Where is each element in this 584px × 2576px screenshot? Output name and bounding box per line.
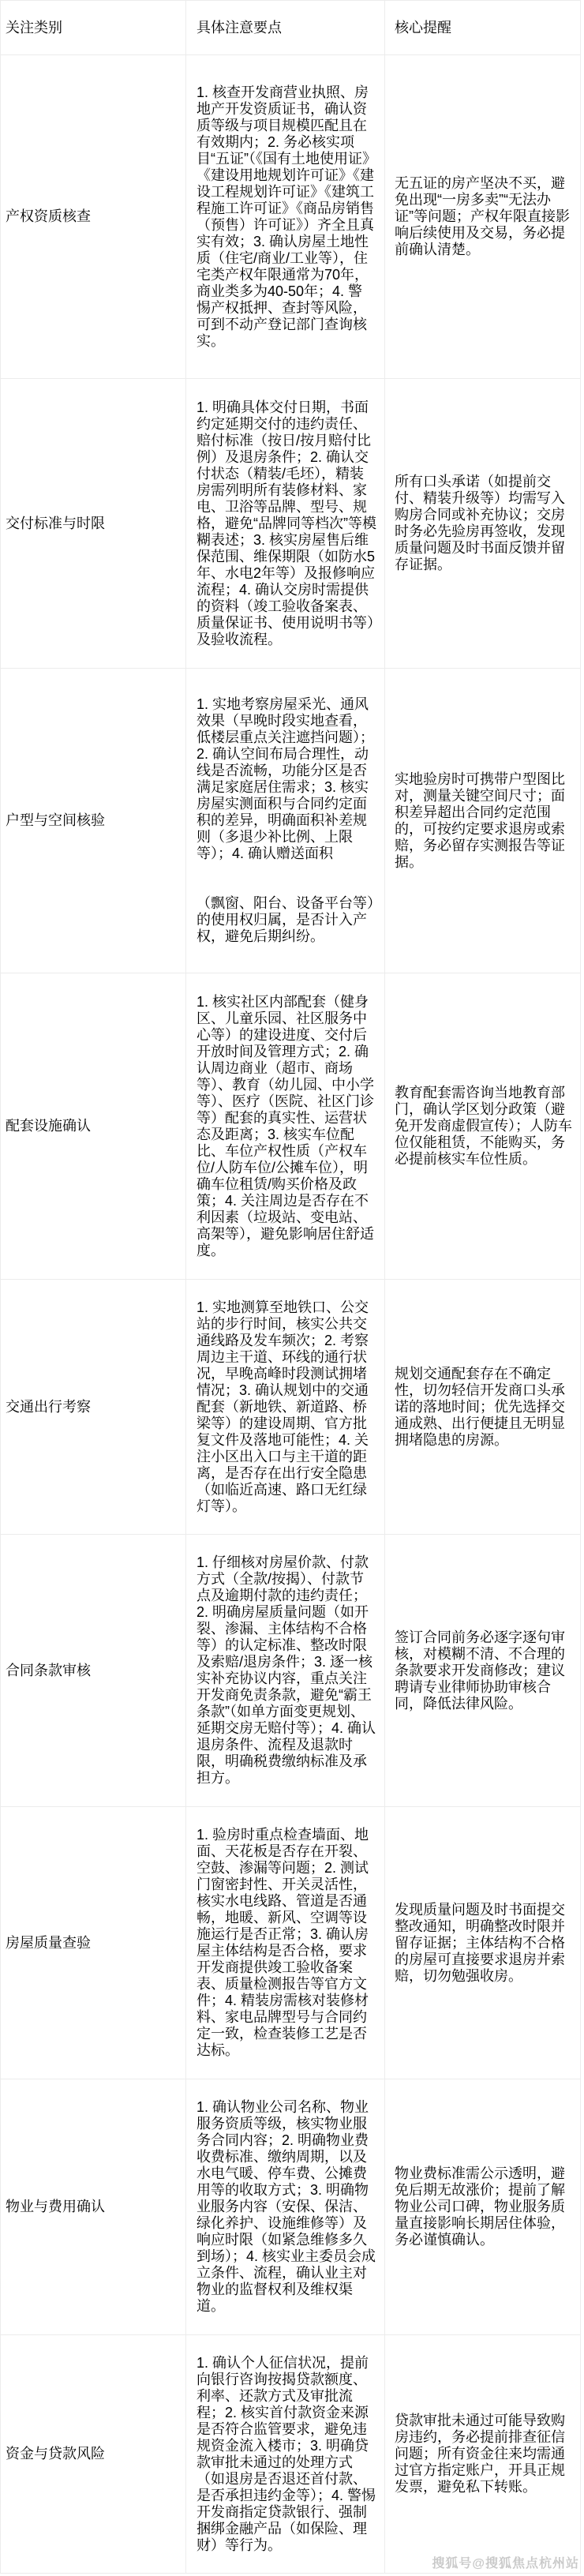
- category-cell: 合同条款审核: [1, 1535, 186, 1807]
- category-text: 配套设施确认: [6, 1118, 181, 1134]
- details-text: 1. 明确具体交付日期，书面约定延期交付的违约责任、赔付标准（按日/按月赔付比例…: [197, 399, 376, 648]
- reminder-text: 规划交通配套存在不确定性，切勿轻信开发商口头承诺的落地时间；优先选择交通成熟、出…: [395, 1366, 575, 1449]
- table-row: 合同条款审核 1. 仔细核对房屋价款、付款方式（全款/按揭）、付款节点及逾期付款…: [1, 1535, 581, 1807]
- details-cell: 1. 明确具体交付日期，书面约定延期交付的违约责任、赔付标准（按日/按月赔付比例…: [186, 379, 385, 669]
- details-text: 1. 实地测算至地铁口、公交站的步行时间，核实公共交通线路及发车频次；2. 考察…: [197, 1299, 376, 1515]
- details-text: 1. 仔细核对房屋价款、付款方式（全款/按揭）、付款节点及逾期付款的违约责任；2…: [197, 1554, 376, 1787]
- details-text-continued: （飘窗、阳台、设备平台等）的使用权归属，是否计入产权，避免后期纠纷。: [197, 895, 376, 945]
- details-cell: 1. 实地考察房屋采光、通风效果（早晚时段实地查看，低楼层重点关注遮挡问题）；2…: [186, 669, 385, 973]
- reminder-text: 贷款审批未通过可能导致购房违约，务必提前排查征信问题；所有资金往来均需通过官方指…: [395, 2413, 575, 2495]
- reminder-cell: 签订合同前务必逐字逐句审核，对模糊不清、不合理的条款要求开发商修改；建议聘请专业…: [385, 1535, 581, 1807]
- category-text: 交付标准与时限: [6, 516, 181, 532]
- reminder-cell: 教育配套需咨询当地教育部门，确认学区划分政策（避免开发商虚假宣传）；人防车位仅能…: [385, 973, 581, 1280]
- details-cell: 1. 实地测算至地铁口、公交站的步行时间，核实公共交通线路及发车频次；2. 考察…: [186, 1280, 385, 1535]
- header-reminder: 核心提醒: [385, 1, 581, 55]
- details-cell: 1. 核实社区内部配套（健身区、儿童乐园、社区服务中心等）的建设进度、交付后开放…: [186, 973, 385, 1280]
- table-row: 资金与贷款风险 1. 确认个人征信状况，提前向银行咨询按揭贷款额度、利率、还款方…: [1, 2335, 581, 2574]
- reminder-text: 实地验房时可携带户型图比对，测量关键空间尺寸；面积差异超出合同约定范围的，可按约…: [395, 771, 575, 871]
- category-text: 交通出行考察: [6, 1399, 181, 1415]
- reminder-text: 所有口头承诺（如提前交付、精装升级等）均需写入购房合同或补充协议；交房时务必先验…: [395, 474, 575, 573]
- sohu-watermark: 搜狐号@搜狐焦点杭州站: [432, 2553, 579, 2571]
- category-text: 资金与贷款风险: [6, 2446, 181, 2462]
- header-reminder-label: 核心提醒: [395, 20, 575, 36]
- table-row: 产权资质核查 1. 核查开发商营业执照、房地产开发资质证书，确认资质等级与项目规…: [1, 55, 581, 379]
- checklist-table: 关注类别 具体注意要点 核心提醒 产权资质核查 1. 核查开发商营业执照、房地产…: [0, 0, 581, 2574]
- reminder-cell: 无五证的房产坚决不买，避免出现“一房多卖”“无法办证”等问题；产权年限直接影响后…: [385, 55, 581, 379]
- category-cell: 户型与空间核验: [1, 669, 186, 973]
- details-cell: 1. 验房时重点检查墙面、地面、天花板是否存在开裂、空鼓、渗漏等问题；2. 测试…: [186, 1807, 385, 2079]
- details-text: 1. 确认物业公司名称、物业服务资质等级，核实物业服务合同内容；2. 明确物业费…: [197, 2099, 376, 2315]
- category-cell: 资金与贷款风险: [1, 2335, 186, 2574]
- category-cell: 物业与费用确认: [1, 2079, 186, 2335]
- reminder-cell: 贷款审批未通过可能导致购房违约，务必提前排查征信问题；所有资金往来均需通过官方指…: [385, 2335, 581, 2574]
- details-text: 1. 核查开发商营业执照、房地产开发资质证书，确认资质等级与项目规模匹配且在有效…: [197, 84, 376, 350]
- reminder-cell: 实地验房时可携带户型图比对，测量关键空间尺寸；面积差异超出合同约定范围的，可按约…: [385, 669, 581, 973]
- category-cell: 配套设施确认: [1, 973, 186, 1280]
- reminder-text: 发现质量问题及时书面提交整改通知，明确整改时限并留存证据；主体结构不合格的房屋可…: [395, 1902, 575, 1985]
- table-row: 房屋质量查验 1. 验房时重点检查墙面、地面、天花板是否存在开裂、空鼓、渗漏等问…: [1, 1807, 581, 2079]
- reminder-text: 无五证的房产坚决不买，避免出现“一房多卖”“无法办证”等问题；产权年限直接影响后…: [395, 175, 575, 258]
- details-cell: 1. 确认物业公司名称、物业服务资质等级，核实物业服务合同内容；2. 明确物业费…: [186, 2079, 385, 2335]
- category-text: 户型与空间核验: [6, 812, 181, 829]
- category-cell: 房屋质量查验: [1, 1807, 186, 2079]
- table-row: 配套设施确认 1. 核实社区内部配套（健身区、儿童乐园、社区服务中心等）的建设进…: [1, 973, 581, 1280]
- details-cell: 1. 确认个人征信状况，提前向银行咨询按揭贷款额度、利率、还款方式及审批流程；2…: [186, 2335, 385, 2574]
- header-details-label: 具体注意要点: [197, 20, 376, 36]
- reminder-text: 签订合同前务必逐字逐句审核，对模糊不清、不合理的条款要求开发商修改；建议聘请专业…: [395, 1629, 575, 1712]
- table-row: 物业与费用确认 1. 确认物业公司名称、物业服务资质等级，核实物业服务合同内容；…: [1, 2079, 581, 2335]
- table-row: 户型与空间核验 1. 实地考察房屋采光、通风效果（早晚时段实地查看，低楼层重点关…: [1, 669, 581, 973]
- details-text: 1. 验房时重点检查墙面、地面、天花板是否存在开裂、空鼓、渗漏等问题；2. 测试…: [197, 1827, 376, 2059]
- reminder-text: 教育配套需咨询当地教育部门，确认学区划分政策（避免开发商虚假宣传）；人防车位仅能…: [395, 1085, 575, 1168]
- reminder-cell: 所有口头承诺（如提前交付、精装升级等）均需写入购房合同或补充协议；交房时务必先验…: [385, 379, 581, 669]
- reminder-cell: 物业费标准需公示透明，避免后期无故涨价；提前了解物业公司口碑，物业服务质量直接影…: [385, 2079, 581, 2335]
- table-row: 交付标准与时限 1. 明确具体交付日期，书面约定延期交付的违约责任、赔付标准（按…: [1, 379, 581, 669]
- table-header-row: 关注类别 具体注意要点 核心提醒: [1, 1, 581, 55]
- category-text: 房屋质量查验: [6, 1935, 181, 1952]
- header-details: 具体注意要点: [186, 1, 385, 55]
- category-cell: 产权资质核查: [1, 55, 186, 379]
- category-text: 物业与费用确认: [6, 2199, 181, 2215]
- reminder-cell: 发现质量问题及时书面提交整改通知，明确整改时限并留存证据；主体结构不合格的房屋可…: [385, 1807, 581, 2079]
- reminder-text: 物业费标准需公示透明，避免后期无故涨价；提前了解物业公司口碑，物业服务质量直接影…: [395, 2165, 575, 2248]
- category-cell: 交付标准与时限: [1, 379, 186, 669]
- header-category-label: 关注类别: [6, 20, 181, 36]
- details-text: 1. 核实社区内部配套（健身区、儿童乐园、社区服务中心等）的建设进度、交付后开放…: [197, 994, 376, 1259]
- table-row: 交通出行考察 1. 实地测算至地铁口、公交站的步行时间，核实公共交通线路及发车频…: [1, 1280, 581, 1535]
- category-text: 产权资质核查: [6, 208, 181, 225]
- details-cell: 1. 核查开发商营业执照、房地产开发资质证书，确认资质等级与项目规模匹配且在有效…: [186, 55, 385, 379]
- details-text: 1. 实地考察房屋采光、通风效果（早晚时段实地查看，低楼层重点关注遮挡问题）；2…: [197, 696, 376, 862]
- details-cell: 1. 仔细核对房屋价款、付款方式（全款/按揭）、付款节点及逾期付款的违约责任；2…: [186, 1535, 385, 1807]
- category-cell: 交通出行考察: [1, 1280, 186, 1535]
- reminder-cell: 规划交通配套存在不确定性，切勿轻信开发商口头承诺的落地时间；优先选择交通成熟、出…: [385, 1280, 581, 1535]
- header-category: 关注类别: [1, 1, 186, 55]
- details-text: 1. 确认个人征信状况，提前向银行咨询按揭贷款额度、利率、还款方式及审批流程；2…: [197, 2355, 376, 2554]
- category-text: 合同条款审核: [6, 1663, 181, 1679]
